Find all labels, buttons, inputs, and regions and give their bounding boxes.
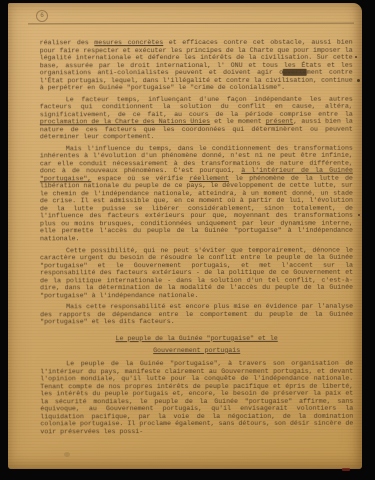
underlined-text: mesures concrètes xyxy=(94,39,163,46)
section-heading-line: Gouvernement portugais xyxy=(40,346,353,354)
text-run: Cette possibilité, qui ne peut s'éviter … xyxy=(40,246,353,299)
underlined-text: présent xyxy=(266,118,294,125)
document-page: 6 réaliser des mesures concrètes et effi… xyxy=(8,3,362,469)
red-edge-mark xyxy=(342,468,350,471)
section-heading: Le peuple de la Guinée "portugaise" et l… xyxy=(40,334,353,354)
paragraph: Mais cette responsabilité est encore plu… xyxy=(40,303,353,326)
text-run: et le moment xyxy=(210,118,266,125)
scanned-document-view: { "page": { "number": "6" }, "colors": {… xyxy=(0,0,375,480)
paragraph: Le facteur temps, influençant d'une faço… xyxy=(40,95,353,141)
text-run: Le facteur temps, influençant d'une faço… xyxy=(40,95,353,118)
overtyped-correction: uverte xyxy=(283,69,307,76)
text-run: Le peuple de la Guinée "portugaise", à t… xyxy=(40,360,353,435)
text-run: réaliser des xyxy=(40,39,95,46)
text-run: espace où se vérifie xyxy=(91,175,189,182)
underlined-text: réellement xyxy=(189,175,229,182)
paragraph: réaliser des mesures concrètes et effica… xyxy=(40,39,353,92)
paragraph: Mais l'influence du temps, dans le condi… xyxy=(40,145,353,243)
underlined-text: Le peuple de la Guinée "portugaise" et l… xyxy=(116,335,278,342)
underlined-text: proclamation de la Charte des Nations Un… xyxy=(40,118,210,125)
ink-speck xyxy=(358,214,360,216)
header-rule xyxy=(28,23,354,25)
text-run: Mais cette responsabilité est encore plu… xyxy=(40,303,353,326)
paragraph: Le peuple de la Guinée "portugaise", à t… xyxy=(40,360,353,436)
underlined-text: Gouvernement portugais xyxy=(153,347,240,354)
ink-speck xyxy=(357,79,360,82)
ink-speck xyxy=(355,56,357,58)
paper-smudge xyxy=(64,452,70,457)
text-blocks: réaliser des mesures concrètes et effica… xyxy=(40,39,354,440)
page-number: 6 xyxy=(36,10,48,22)
text-run: le phénomène de la lutte de libération n… xyxy=(40,175,353,243)
paragraph: Cette possibilité, qui ne peut s'éviter … xyxy=(40,246,353,299)
section-heading-line: Le peuple de la Guinée "portugaise" et l… xyxy=(40,334,353,342)
